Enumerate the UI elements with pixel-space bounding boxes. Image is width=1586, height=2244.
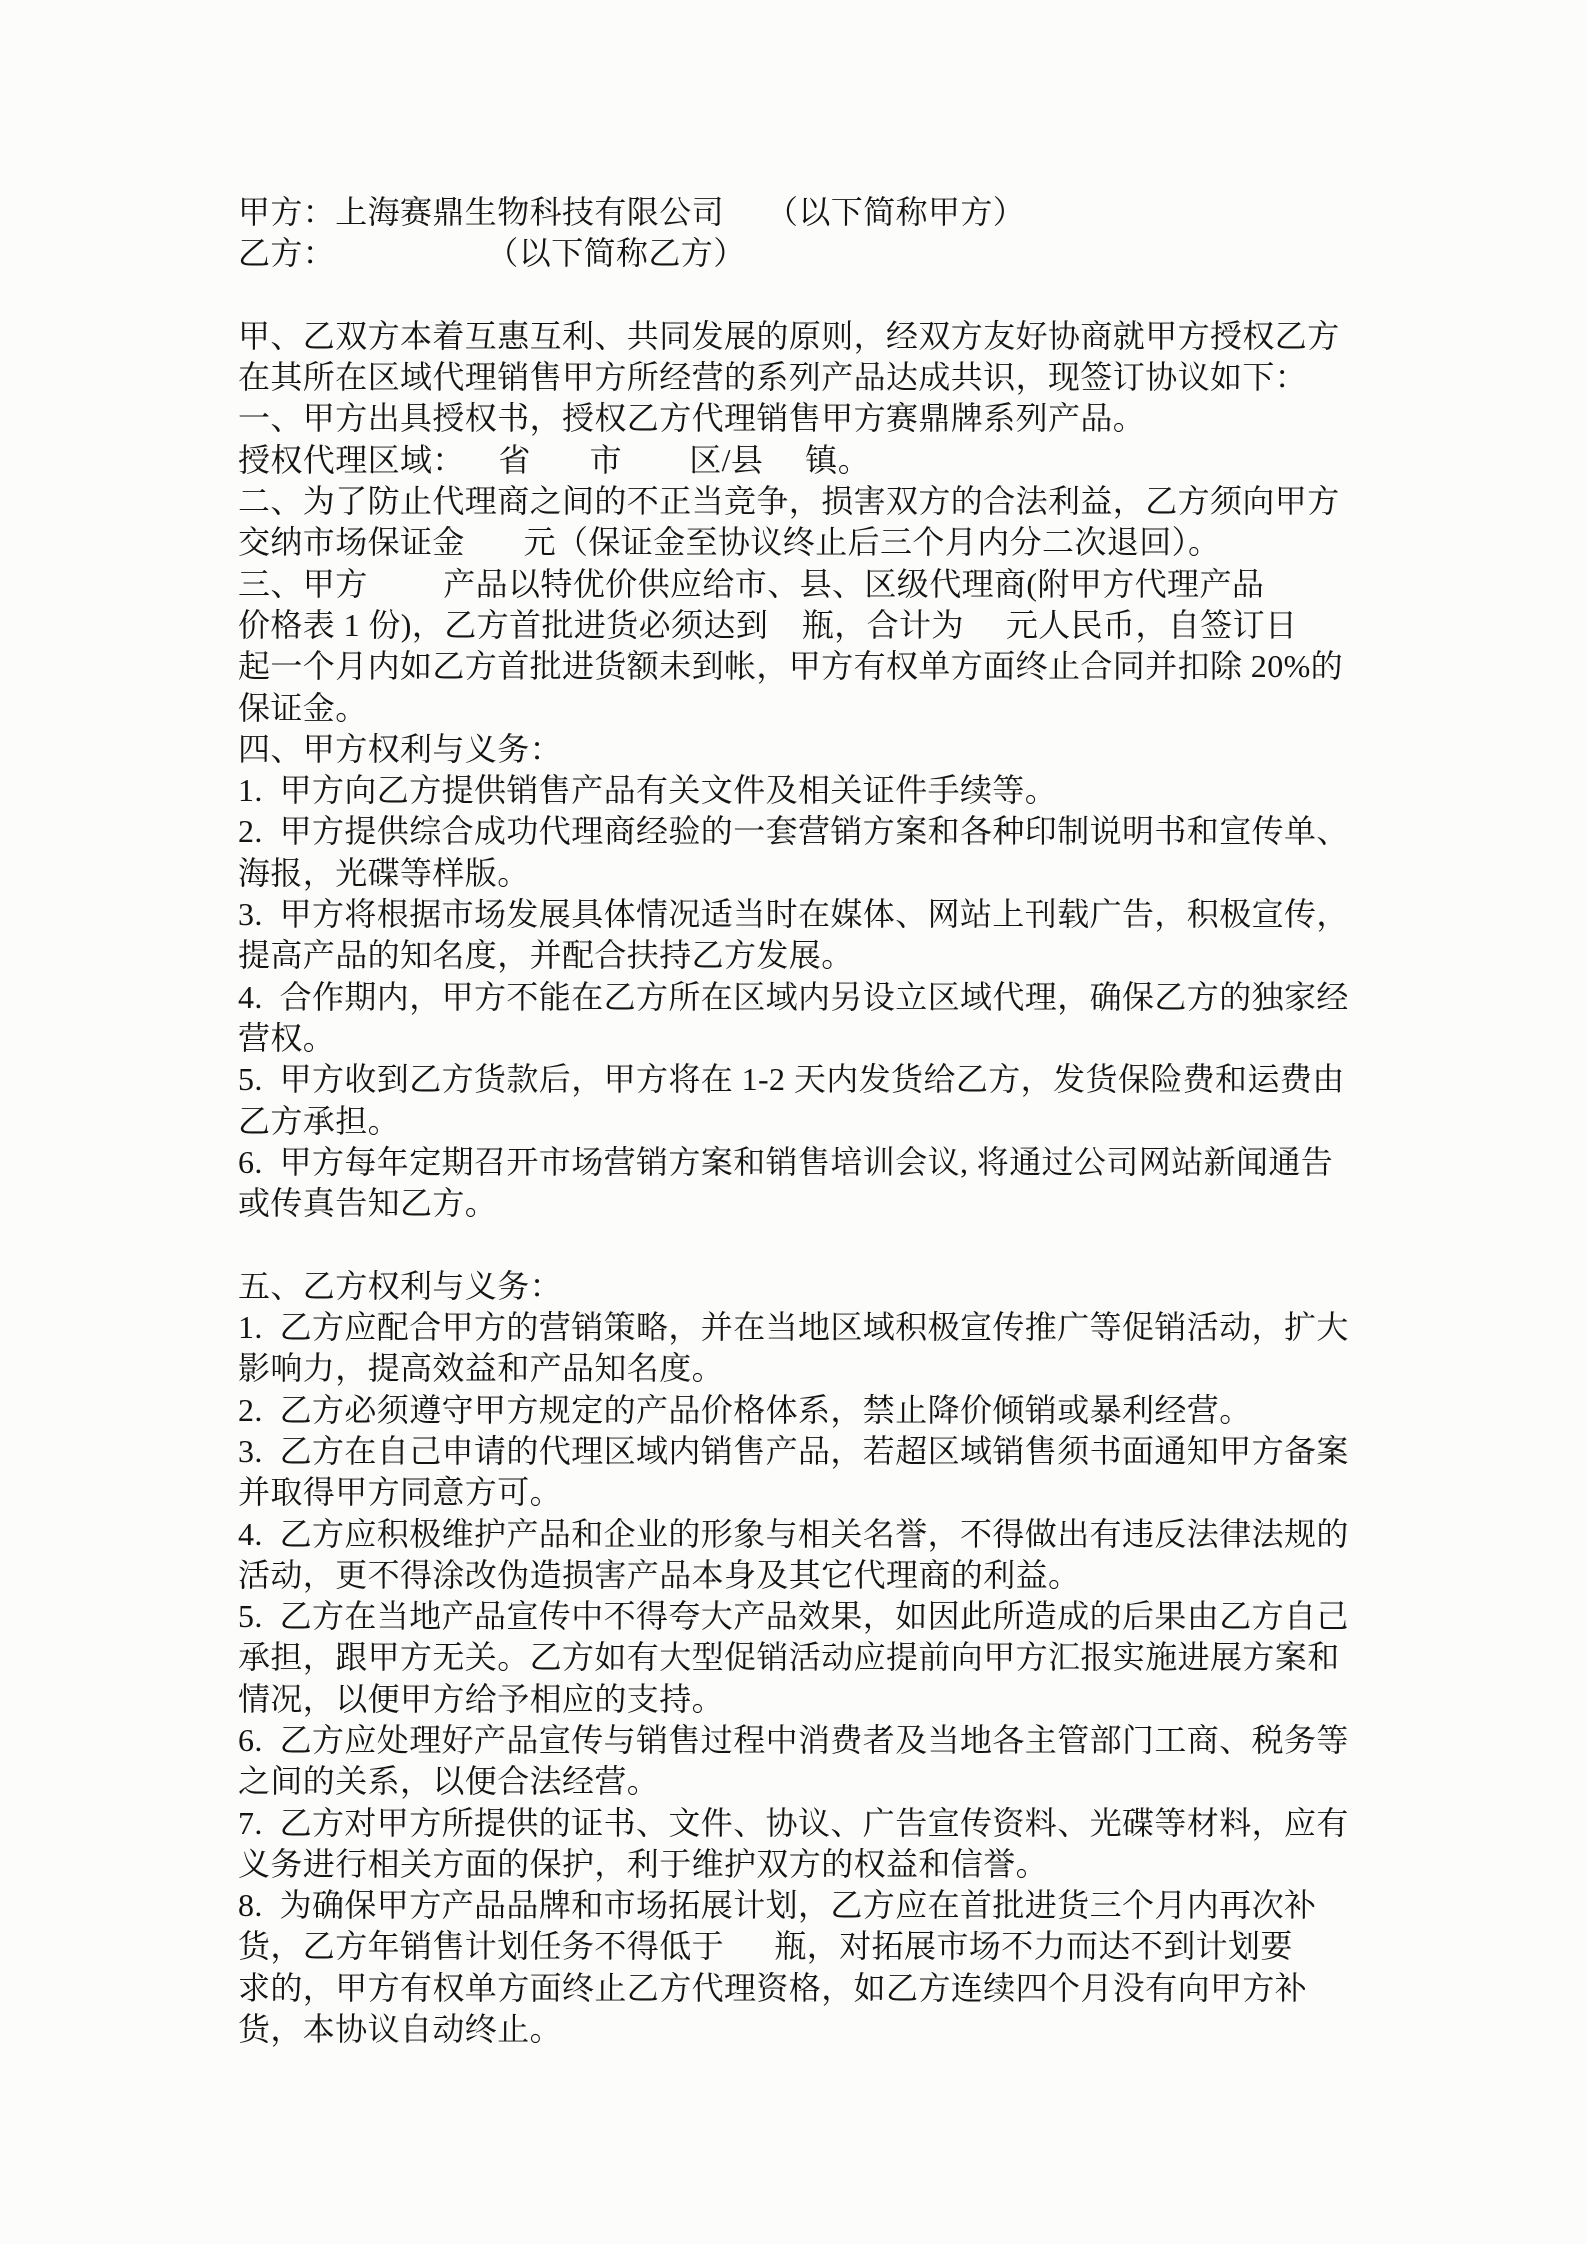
document-line: 之间的关系，以便合法经营。 [238, 1761, 1356, 1802]
document-line: 情况，以便甲方给予相应的支持。 [238, 1679, 1356, 1720]
document-line: 二、为了防止代理商之间的不正当竞争，损害双方的合法利益，乙方须向甲方 [238, 481, 1356, 522]
contract-document-page: 甲方：上海赛鼎生物科技有限公司 （以下简称甲方）乙方： （以下简称乙方） 甲、乙… [0, 0, 1586, 2244]
document-line: 1. 乙方应配合甲方的营销策略，并在当地区域积极宣传推广等促销活动，扩大 [238, 1307, 1356, 1348]
document-line [238, 275, 1356, 316]
document-line: 四、甲方权利与义务： [238, 729, 1356, 770]
document-line: 提高产品的知名度，并配合扶持乙方发展。 [238, 935, 1356, 976]
document-line: 8. 为确保甲方产品品牌和市场拓展计划，乙方应在首批进货三个月内再次补 [238, 1885, 1356, 1926]
document-line: 营权。 [238, 1018, 1356, 1059]
document-line: 价格表 1 份)，乙方首批进货必须达到 瓶，合计为 元人民币，自签订日 [238, 605, 1356, 646]
document-line: 1. 甲方向乙方提供销售产品有关文件及相关证件手续等。 [238, 770, 1356, 811]
document-line: 乙方承担。 [238, 1101, 1356, 1142]
document-line: 货，本协议自动终止。 [238, 2009, 1356, 2050]
document-line: 6. 甲方每年定期召开市场营销方案和销售培训会议, 将通过公司网站新闻通告 [238, 1142, 1356, 1183]
document-line: 或传真告知乙方。 [238, 1183, 1356, 1224]
document-line: 甲方：上海赛鼎生物科技有限公司 （以下简称甲方） [238, 192, 1356, 233]
document-line: 活动，更不得涂改伪造损害产品本身及其它代理商的利益。 [238, 1555, 1356, 1596]
document-line: 求的，甲方有权单方面终止乙方代理资格，如乙方连续四个月没有向甲方补 [238, 1968, 1356, 2009]
document-line: 交纳市场保证金 元（保证金至协议终止后三个月内分二次退回）。 [238, 522, 1356, 563]
document-line: 2. 甲方提供综合成功代理商经验的一套营销方案和各种印制说明书和宣传单、 [238, 811, 1356, 852]
document-line: 三、甲方 产品以特优价供应给市、县、区级代理商(附甲方代理产品 [238, 564, 1356, 605]
document-line: 一、甲方出具授权书，授权乙方代理销售甲方赛鼎牌系列产品。 [238, 398, 1356, 439]
document-line: 并取得甲方同意方可。 [238, 1472, 1356, 1513]
document-line: 影响力，提高效益和产品知名度。 [238, 1348, 1356, 1389]
document-line: 甲、乙双方本着互惠互利、共同发展的原则，经双方友好协商就甲方授权乙方 [238, 316, 1356, 357]
document-line: 6. 乙方应处理好产品宣传与销售过程中消费者及当地各主管部门工商、税务等 [238, 1720, 1356, 1761]
document-body: 甲方：上海赛鼎生物科技有限公司 （以下简称甲方）乙方： （以下简称乙方） 甲、乙… [0, 0, 1586, 2050]
document-line [238, 1224, 1356, 1265]
document-line: 承担，跟甲方无关。乙方如有大型促销活动应提前向甲方汇报实施进展方案和 [238, 1637, 1356, 1678]
document-line: 义务进行相关方面的保护，利于维护双方的权益和信誉。 [238, 1844, 1356, 1885]
document-line: 在其所在区域代理销售甲方所经营的系列产品达成共识，现签订协议如下： [238, 357, 1356, 398]
document-line: 3. 乙方在自己申请的代理区域内销售产品，若超区域销售须书面通知甲方备案 [238, 1431, 1356, 1472]
document-line: 五、乙方权利与义务： [238, 1266, 1356, 1307]
document-line: 乙方： （以下简称乙方） [238, 233, 1356, 274]
document-line: 4. 合作期内，甲方不能在乙方所在区域内另设立区域代理，确保乙方的独家经 [238, 977, 1356, 1018]
document-line: 2. 乙方必须遵守甲方规定的产品价格体系，禁止降价倾销或暴利经营。 [238, 1390, 1356, 1431]
document-line: 5. 甲方收到乙方货款后，甲方将在 1-2 天内发货给乙方，发货保险费和运费由 [238, 1059, 1356, 1100]
document-line: 保证金。 [238, 688, 1356, 729]
document-line: 海报，光碟等样版。 [238, 853, 1356, 894]
document-line: 5. 乙方在当地产品宣传中不得夸大产品效果，如因此所造成的后果由乙方自己 [238, 1596, 1356, 1637]
document-line: 货，乙方年销售计划任务不得低于 瓶，对拓展市场不力而达不到计划要 [238, 1926, 1356, 1967]
document-line: 3. 甲方将根据市场发展具体情况适当时在媒体、网站上刊载广告，积极宣传， [238, 894, 1356, 935]
document-line: 4. 乙方应积极维护产品和企业的形象与相关名誉，不得做出有违反法律法规的 [238, 1514, 1356, 1555]
document-line: 起一个月内如乙方首批进货额未到帐，甲方有权单方面终止合同并扣除 20%的 [238, 646, 1356, 687]
document-line: 授权代理区域： 省 市 区/县 镇。 [238, 440, 1356, 481]
document-line: 7. 乙方对甲方所提供的证书、文件、协议、广告宣传资料、光碟等材料，应有 [238, 1803, 1356, 1844]
